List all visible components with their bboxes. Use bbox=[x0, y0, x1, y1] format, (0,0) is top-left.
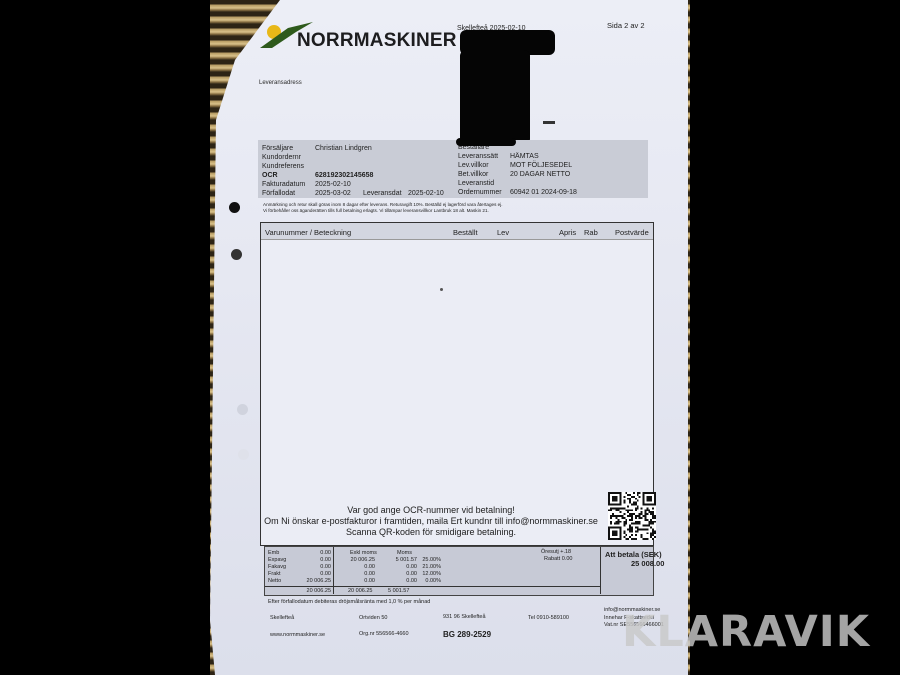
fee-label: Netto bbox=[268, 578, 281, 584]
punch-hole bbox=[238, 449, 249, 460]
watermark: KLARAVIK bbox=[622, 607, 870, 657]
order-number-value: 60942 01 2024-09-18 bbox=[510, 189, 577, 196]
qr-code-icon[interactable] bbox=[608, 492, 656, 540]
column-header: Varunummer / Beteckning bbox=[265, 228, 351, 237]
amount-due-label: Att betala (SEK) bbox=[605, 550, 662, 559]
vat-rate: 12.00% bbox=[422, 571, 441, 577]
ocr-value: 628192302145658 bbox=[315, 172, 373, 179]
vat-rate: 25.00% bbox=[422, 557, 441, 563]
rounding: Öresutj +.18 bbox=[541, 549, 571, 555]
delivery-address-label: Leveransadress bbox=[259, 80, 302, 86]
column-header: Rab bbox=[584, 228, 598, 237]
delivery-date-value: 2025-02-10 bbox=[408, 190, 444, 197]
vat-rate: 21.00% bbox=[422, 564, 441, 570]
fees-sum: 20 006.25 bbox=[307, 588, 331, 594]
fee-label: Expavg bbox=[268, 557, 286, 563]
vat-moms: 0.00 bbox=[406, 578, 417, 584]
info-label: Leveranstid bbox=[458, 180, 494, 187]
invoice-info-box: Försäljare Christian Lindgren Kundordern… bbox=[258, 140, 648, 198]
amount-due-value: 25 008.00 bbox=[631, 559, 664, 568]
vat-excl: 0.00 bbox=[364, 578, 375, 584]
terms-notice-line1: Anmärkning och retur skall göras inom 8 … bbox=[263, 202, 503, 207]
invoice-date-value: 2025-02-10 bbox=[315, 181, 351, 188]
ocr-reminder: Var god ange OCR-nummer vid betalning! bbox=[261, 505, 601, 515]
email-invoice-message: Om Ni önskar e-postfakturor i framtiden,… bbox=[261, 516, 601, 526]
fee-label: Fakavg bbox=[268, 564, 286, 570]
fee-value: 0.00 bbox=[320, 550, 331, 556]
footer-street: Ortviden 50 bbox=[359, 615, 387, 621]
info-label: Förfallodat bbox=[262, 190, 295, 197]
terms-notice-line2: Vi förbehåller oss äganderätten tills fu… bbox=[263, 208, 489, 213]
vat-moms: 5 001.57 bbox=[396, 557, 417, 563]
info-label: Leveransdat bbox=[363, 190, 402, 197]
footer-city: Skellefteå bbox=[270, 615, 294, 621]
company-logo-text: NORRMASKINER bbox=[297, 30, 457, 52]
redacted-orderer bbox=[456, 138, 516, 146]
fee-label: Frakt bbox=[268, 571, 281, 577]
punch-hole bbox=[237, 404, 248, 415]
column-header: Lev bbox=[497, 228, 509, 237]
redacted-address bbox=[460, 50, 530, 145]
info-label: Kundreferens bbox=[262, 163, 304, 170]
vat-excl: 0.00 bbox=[364, 564, 375, 570]
info-label: Leveranssätt bbox=[458, 153, 498, 160]
totals-box: Emb0.00Expavg0.00Fakavg0.00Frakt0.00Nett… bbox=[264, 546, 654, 596]
fee-label: Emb bbox=[268, 550, 279, 556]
due-date-value: 2025-03-02 bbox=[315, 190, 351, 197]
footer-bankgiro: BG 289-2529 bbox=[443, 630, 491, 639]
vat-excl-header: Exkl moms bbox=[350, 550, 377, 556]
redacted-dash bbox=[543, 121, 555, 124]
info-label: Fakturadatum bbox=[262, 181, 305, 188]
footer-postal: 931 96 Skellefteå bbox=[443, 614, 486, 620]
discount: Rabatt 0.00 bbox=[544, 556, 572, 562]
vat-excl: 0.00 bbox=[364, 571, 375, 577]
table-header: Varunummer / Beteckning Beställt Lev Apr… bbox=[261, 223, 653, 240]
info-label: OCR bbox=[262, 172, 278, 179]
qr-instruction: Scanna QR-koden för smidigare betalning. bbox=[261, 527, 601, 537]
item-table: Varunummer / Beteckning Beställt Lev Apr… bbox=[260, 222, 654, 546]
punch-hole bbox=[231, 249, 242, 260]
payment-terms-value: 20 DAGAR NETTO bbox=[510, 171, 570, 178]
column-header: Apris bbox=[559, 228, 576, 237]
fee-value: 0.00 bbox=[320, 557, 331, 563]
vat-header: Moms bbox=[397, 550, 412, 556]
vat-moms: 0.00 bbox=[406, 564, 417, 570]
fee-value: 0.00 bbox=[320, 564, 331, 570]
footer-website[interactable]: www.normmaskiner.se bbox=[270, 632, 325, 638]
delivery-terms-value: MOT FÖLJESEDEL bbox=[510, 162, 572, 169]
info-label: Lev.villkor bbox=[458, 162, 489, 169]
vat-sum: 5 001.57 bbox=[388, 588, 409, 594]
page-number: Sida 2 av 2 bbox=[607, 21, 645, 30]
delivery-method-value: HÄMTAS bbox=[510, 153, 539, 160]
seller-value: Christian Lindgren bbox=[315, 145, 372, 152]
vat-excl: 20 006.25 bbox=[351, 557, 375, 563]
info-label: Bet.villkor bbox=[458, 171, 488, 178]
punch-hole bbox=[229, 202, 240, 213]
vat-rate: 0.00% bbox=[425, 578, 441, 584]
info-label: Ordernummer bbox=[458, 189, 502, 196]
info-label: Kundordernr bbox=[262, 154, 301, 161]
column-header: Postvärde bbox=[615, 228, 649, 237]
info-label: Försäljare bbox=[262, 145, 293, 152]
vat-moms: 0.00 bbox=[406, 571, 417, 577]
interest-note: Efter förfallodatum debiteras dröjsmålsr… bbox=[268, 599, 430, 605]
fee-value: 20 006.25 bbox=[307, 578, 331, 584]
footer-phone: Tel 0910-589100 bbox=[528, 615, 569, 621]
speck bbox=[440, 288, 443, 291]
footer-orgnr: Org.nr 556566-4660 bbox=[359, 631, 409, 637]
fee-value: 0.00 bbox=[320, 571, 331, 577]
column-header: Beställt bbox=[453, 228, 478, 237]
vat-excl-sum: 20 006.25 bbox=[348, 588, 372, 594]
